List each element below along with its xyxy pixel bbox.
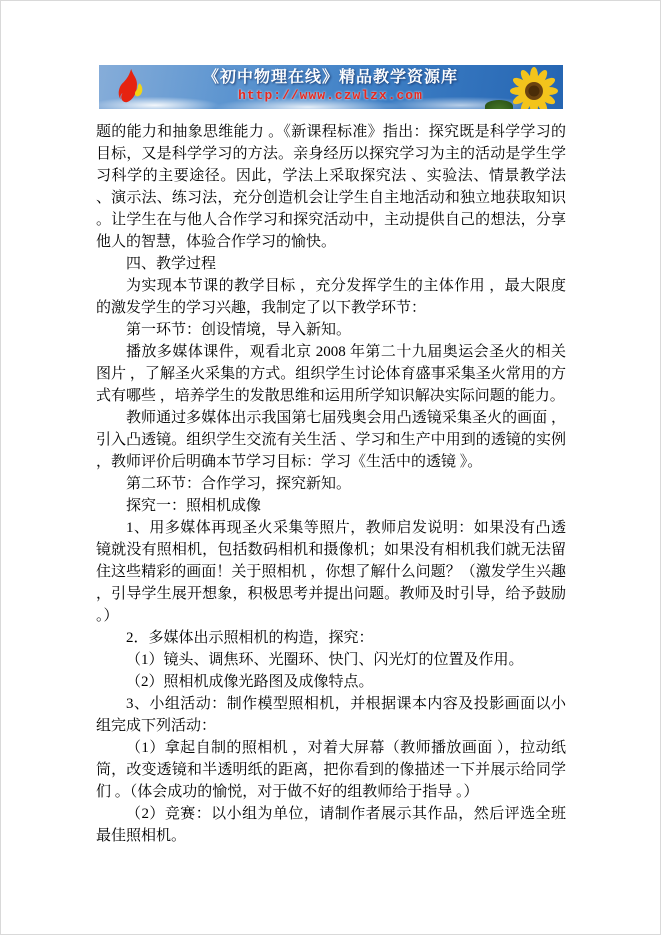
doc-paragraph: 探究一：照相机成像 — [96, 495, 566, 517]
doc-paragraph: 第二环节：合作学习，探究新知。 — [96, 473, 566, 495]
doc-paragraph: （2）照相机成像光路图及成像特点。 — [96, 671, 566, 693]
doc-paragraph: 为实现本节课的教学目标 ，充分发挥学生的主体作用 ，最大限度的激发学生的学习兴趣… — [96, 275, 566, 319]
doc-paragraph: 教师通过多媒体出示我国第七届残奥会用凸透镜采集圣火的画面 ，引入凸透镜。组织学生… — [96, 407, 566, 473]
sunflower-icon — [510, 67, 558, 109]
doc-paragraph: 四、教学过程 — [96, 253, 566, 275]
doc-paragraph: （1）拿起自制的照相机 ，对着大屏幕（教师播放画面 ），拉动纸筒，改变透镜和半透… — [96, 737, 566, 803]
doc-paragraph: 题的能力和抽象思维能力 。《新课程标准》指出：探究既是科学学习的目标，又是科学学… — [96, 121, 566, 253]
document-body: 题的能力和抽象思维能力 。《新课程标准》指出：探究既是科学学习的目标，又是科学学… — [96, 121, 566, 847]
site-banner[interactable]: 《初中物理在线》精品教学资源库 http://www.czwlzx.com — [99, 65, 563, 109]
doc-paragraph: 播放多媒体课件，观看北京 2008 年第二十九届奥运会圣火的相关图片 ，了解圣火… — [96, 341, 566, 407]
doc-paragraph: 3、小组活动：制作模型照相机，并根据课本内容及投影画面以小组完成下列活动： — [96, 693, 566, 737]
foliage-decoration — [485, 100, 513, 109]
doc-paragraph: 2．多媒体出示照相机的构造，探究： — [96, 627, 566, 649]
document-page: { "banner": { "title": "《初中物理在线》精品教学资源库"… — [0, 0, 661, 935]
doc-paragraph: 第一环节：创设情境，导入新知。 — [96, 319, 566, 341]
doc-paragraph: （1）镜头、调焦环、光圈环、快门、闪光灯的位置及作用。 — [96, 649, 566, 671]
doc-paragraph: （2）竞赛：以小组为单位，请制作者展示其作品，然后评选全班最佳照相机。 — [96, 803, 566, 847]
banner-title: 《初中物理在线》精品教学资源库 — [99, 70, 563, 86]
doc-paragraph: 1、用多媒体再现圣火采集等照片，教师启发说明：如果没有凸透镜就没有照相机，包括数… — [96, 517, 566, 627]
